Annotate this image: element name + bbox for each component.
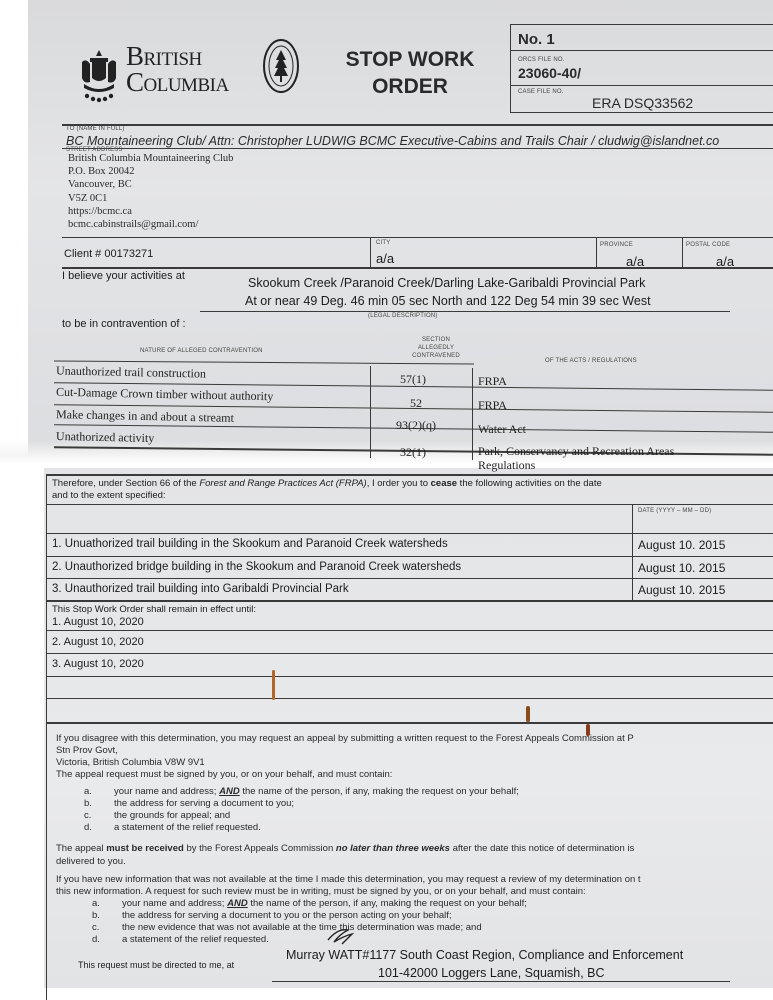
divider (46, 504, 773, 505)
title-line2: ORDER (330, 73, 490, 100)
list-key: c. (84, 810, 114, 822)
list-text: the name of the person, if any, making t… (248, 898, 527, 909)
officer-underline (272, 981, 730, 982)
recipient-name: BC Mountaineering Club/ Attn: Christophe… (66, 134, 719, 148)
contravention-section: 93(2)(q) (396, 418, 436, 433)
contravention-nature: Unauthorized trail construction (56, 363, 206, 381)
bc-coat-of-arms-icon (78, 48, 120, 106)
legal-description-underline (200, 311, 730, 312)
list-emphasis: AND (219, 786, 240, 797)
contravention-label: to be in contravention of : (62, 318, 186, 330)
appeal-list-item: b.the address for serving a document to … (84, 798, 294, 810)
date-col-divider (632, 504, 633, 600)
deadline-emphasis: no later than three weeks (336, 843, 450, 854)
divider (510, 85, 773, 86)
address-line: P.O. Box 20042 (68, 165, 233, 178)
deadline-text: The appeal (56, 843, 106, 854)
section-header-line: ALLEGEDLY (396, 344, 476, 352)
case-file-value: ERA DSQ33562 (592, 95, 693, 111)
intro-text: Therefore, under Section 66 of the (52, 478, 199, 489)
cease-item: 1. Unuathorized trail building in the Sk… (52, 538, 448, 550)
address-line: https://bcmc.ca (68, 205, 233, 218)
form-left-border (46, 474, 47, 1000)
location-line1: Skookum Creek /Paranoid Creek/Darling La… (248, 276, 645, 290)
province-label: PROVINCE (600, 242, 633, 248)
list-text: your name and address; (114, 786, 219, 797)
stain-mark (526, 706, 530, 722)
list-key: a. (84, 786, 114, 798)
contravention-section: 57(1) (400, 372, 426, 387)
orcs-file-label: ORCS FILE NO. (518, 57, 565, 63)
divider (510, 50, 773, 51)
divider (46, 630, 773, 631)
cease-intro: Therefore, under Section 66 of the Fores… (52, 478, 742, 502)
divider (510, 112, 773, 113)
list-text: a statement of the relief requested. (114, 822, 261, 833)
list-emphasis: AND (227, 898, 248, 909)
list-key: d. (92, 934, 122, 946)
address-line: V5Z 0C1 (68, 192, 233, 205)
postal-code-label: POSTAL CODE (686, 242, 730, 248)
list-text: the name of the person, if any, making t… (240, 786, 519, 797)
divider (46, 600, 773, 602)
contravention-act: Park, Conservancy and Recreation Areas (478, 444, 674, 459)
list-text: a statement of the relief requested. (122, 934, 269, 945)
province-wordmark: British Columbia (126, 44, 229, 95)
street-address: British Columbia Mountaineering Club P.O… (68, 152, 233, 231)
acts-header: OF THE ACTS / REGULATIONS (545, 358, 637, 364)
cease-date: August 10. 2015 (638, 583, 725, 597)
signature-icon (326, 924, 366, 946)
divider (62, 124, 773, 126)
contravention-nature: Unathorized activity (56, 429, 155, 446)
act-name: Forest and Range Practices Act (FRPA) (199, 478, 366, 489)
wordmark-line2: Columbia (126, 70, 229, 96)
deadline-text: after the date this notice of determinat… (450, 843, 634, 854)
section-header: SECTION ALLEGEDLY CONTRAVENED (396, 336, 476, 360)
direction-label: This request must be directed to me, at (78, 960, 234, 970)
cease-date: August 10. 2015 (638, 561, 725, 575)
list-key: a. (92, 898, 122, 910)
review-line: If you have new information that was not… (56, 874, 641, 886)
title-line1: STOP WORK (330, 46, 490, 73)
address-line: British Columbia Mountaineering Club (68, 152, 233, 165)
contravention-section: 32(1) (400, 445, 426, 460)
review-list-item: a.your name and address; AND the name of… (92, 898, 527, 910)
appeal-list-item: c.the grounds for appeal; and (84, 810, 230, 822)
review-list-item: d.a statement of the relief requested. (92, 934, 269, 946)
divider (46, 676, 773, 677)
list-key: b. (84, 798, 114, 810)
page-title: STOP WORK ORDER (330, 46, 490, 100)
list-text: the grounds for appeal; and (114, 810, 230, 821)
appeal-line: Stn Prov Govt, (56, 745, 118, 757)
appeal-deadline-cont: delivered to you. (56, 856, 126, 868)
officer-line1: Murray WATT#1177 South Coast Region, Com… (286, 948, 683, 962)
believe-label: I believe your activities at (62, 270, 185, 282)
list-text: the new evidence that was not available … (122, 922, 482, 933)
officer-line2: 101-42000 Loggers Lane, Squamish, BC (378, 966, 605, 980)
cease-item: 3. Unauthorized trail building into Gari… (52, 583, 349, 595)
orcs-file-value: 23060-40/ (518, 65, 581, 81)
divider (46, 653, 773, 654)
list-text: the address for serving a document to yo… (114, 798, 294, 809)
appeal-list-item: a.your name and address; AND the name of… (84, 786, 519, 798)
section-header-line: SECTION (396, 336, 476, 344)
effect-item: 3. August 10, 2020 (52, 658, 144, 670)
appeal-line: The appeal request must be signed by you… (56, 769, 392, 781)
cease-date: August 10. 2015 (638, 538, 725, 552)
divider (46, 533, 773, 534)
review-list-item: c.the new evidence that was not availabl… (92, 922, 482, 934)
effect-item: 1. August 10, 2020 (52, 616, 144, 628)
contravention-act: Water Act (478, 422, 526, 437)
legal-description-label: (LEGAL DESCRIPTION) (368, 313, 438, 319)
city-label: CITY (376, 240, 390, 246)
divider (46, 474, 773, 476)
order-number: No. 1 (518, 31, 555, 48)
address-line: Vancouver, BC (68, 178, 233, 191)
city-value: a/a (376, 251, 394, 266)
divider (62, 148, 773, 149)
divider (46, 698, 773, 699)
appeal-deadline: The appeal must be received by the Fores… (56, 843, 634, 855)
date-column-label: DATE (YYYY – MM – DD) (638, 508, 711, 514)
nature-header: NATURE OF ALLEGED CONTRAVENTION (140, 348, 263, 354)
case-file-label: CASE FILE NO. (518, 89, 564, 95)
cease-word: cease (431, 478, 457, 489)
appeal-line: If you disagree with this determination,… (56, 733, 634, 745)
list-key: b. (92, 910, 122, 922)
appeal-line: Victoria, British Columbia V8W 9V1 (56, 757, 205, 769)
intro-text: and to the extent specified: (52, 490, 166, 501)
client-number: Client # 00173271 (64, 248, 153, 260)
contravention-section: 52 (410, 396, 422, 411)
address-line: bcmc.cabinstrails@gmail.com/ (68, 218, 233, 231)
cease-item: 2. Unauthorized bridge building in the S… (52, 561, 461, 573)
table-col-divider (370, 366, 371, 458)
stain-mark (272, 670, 275, 700)
wordmark-line1: British (126, 44, 229, 70)
list-key: c. (92, 922, 122, 934)
divider (596, 237, 597, 267)
divider (682, 237, 683, 267)
effect-label: This Stop Work Order shall remain in eff… (52, 604, 256, 615)
location-line2: At or near 49 Deg. 46 min 05 sec North a… (245, 294, 651, 308)
table-col-divider (472, 368, 473, 460)
list-key: d. (84, 822, 114, 834)
section-header-line: CONTRAVENED (396, 352, 476, 360)
deadline-emphasis: must be received (106, 843, 184, 854)
divider (370, 237, 371, 267)
divider (46, 578, 773, 579)
to-name-label: TO (NAME IN FULL) (66, 126, 125, 132)
appeal-list-item: d.a statement of the relief requested. (84, 822, 261, 834)
contravention-act: FRPA (478, 374, 507, 389)
deadline-text: by the Forest Appeals Commission (184, 843, 336, 854)
divider (46, 722, 773, 724)
list-text: the address for serving a document to yo… (122, 910, 452, 921)
list-text: your name and address; (122, 898, 227, 909)
forest-service-seal-icon (262, 38, 300, 94)
intro-text: , I order you to (367, 478, 431, 489)
divider (62, 237, 773, 238)
intro-text: the following activities on the date (457, 478, 602, 489)
divider (62, 267, 773, 269)
review-line: this new information. A request for such… (56, 886, 586, 898)
contravention-act: FRPA (478, 398, 507, 413)
contravention-act-cont: Regulations (478, 458, 535, 473)
divider (46, 556, 773, 557)
effect-item: 2. August 10, 2020 (52, 636, 144, 648)
review-list-item: b.the address for serving a document to … (92, 910, 452, 922)
